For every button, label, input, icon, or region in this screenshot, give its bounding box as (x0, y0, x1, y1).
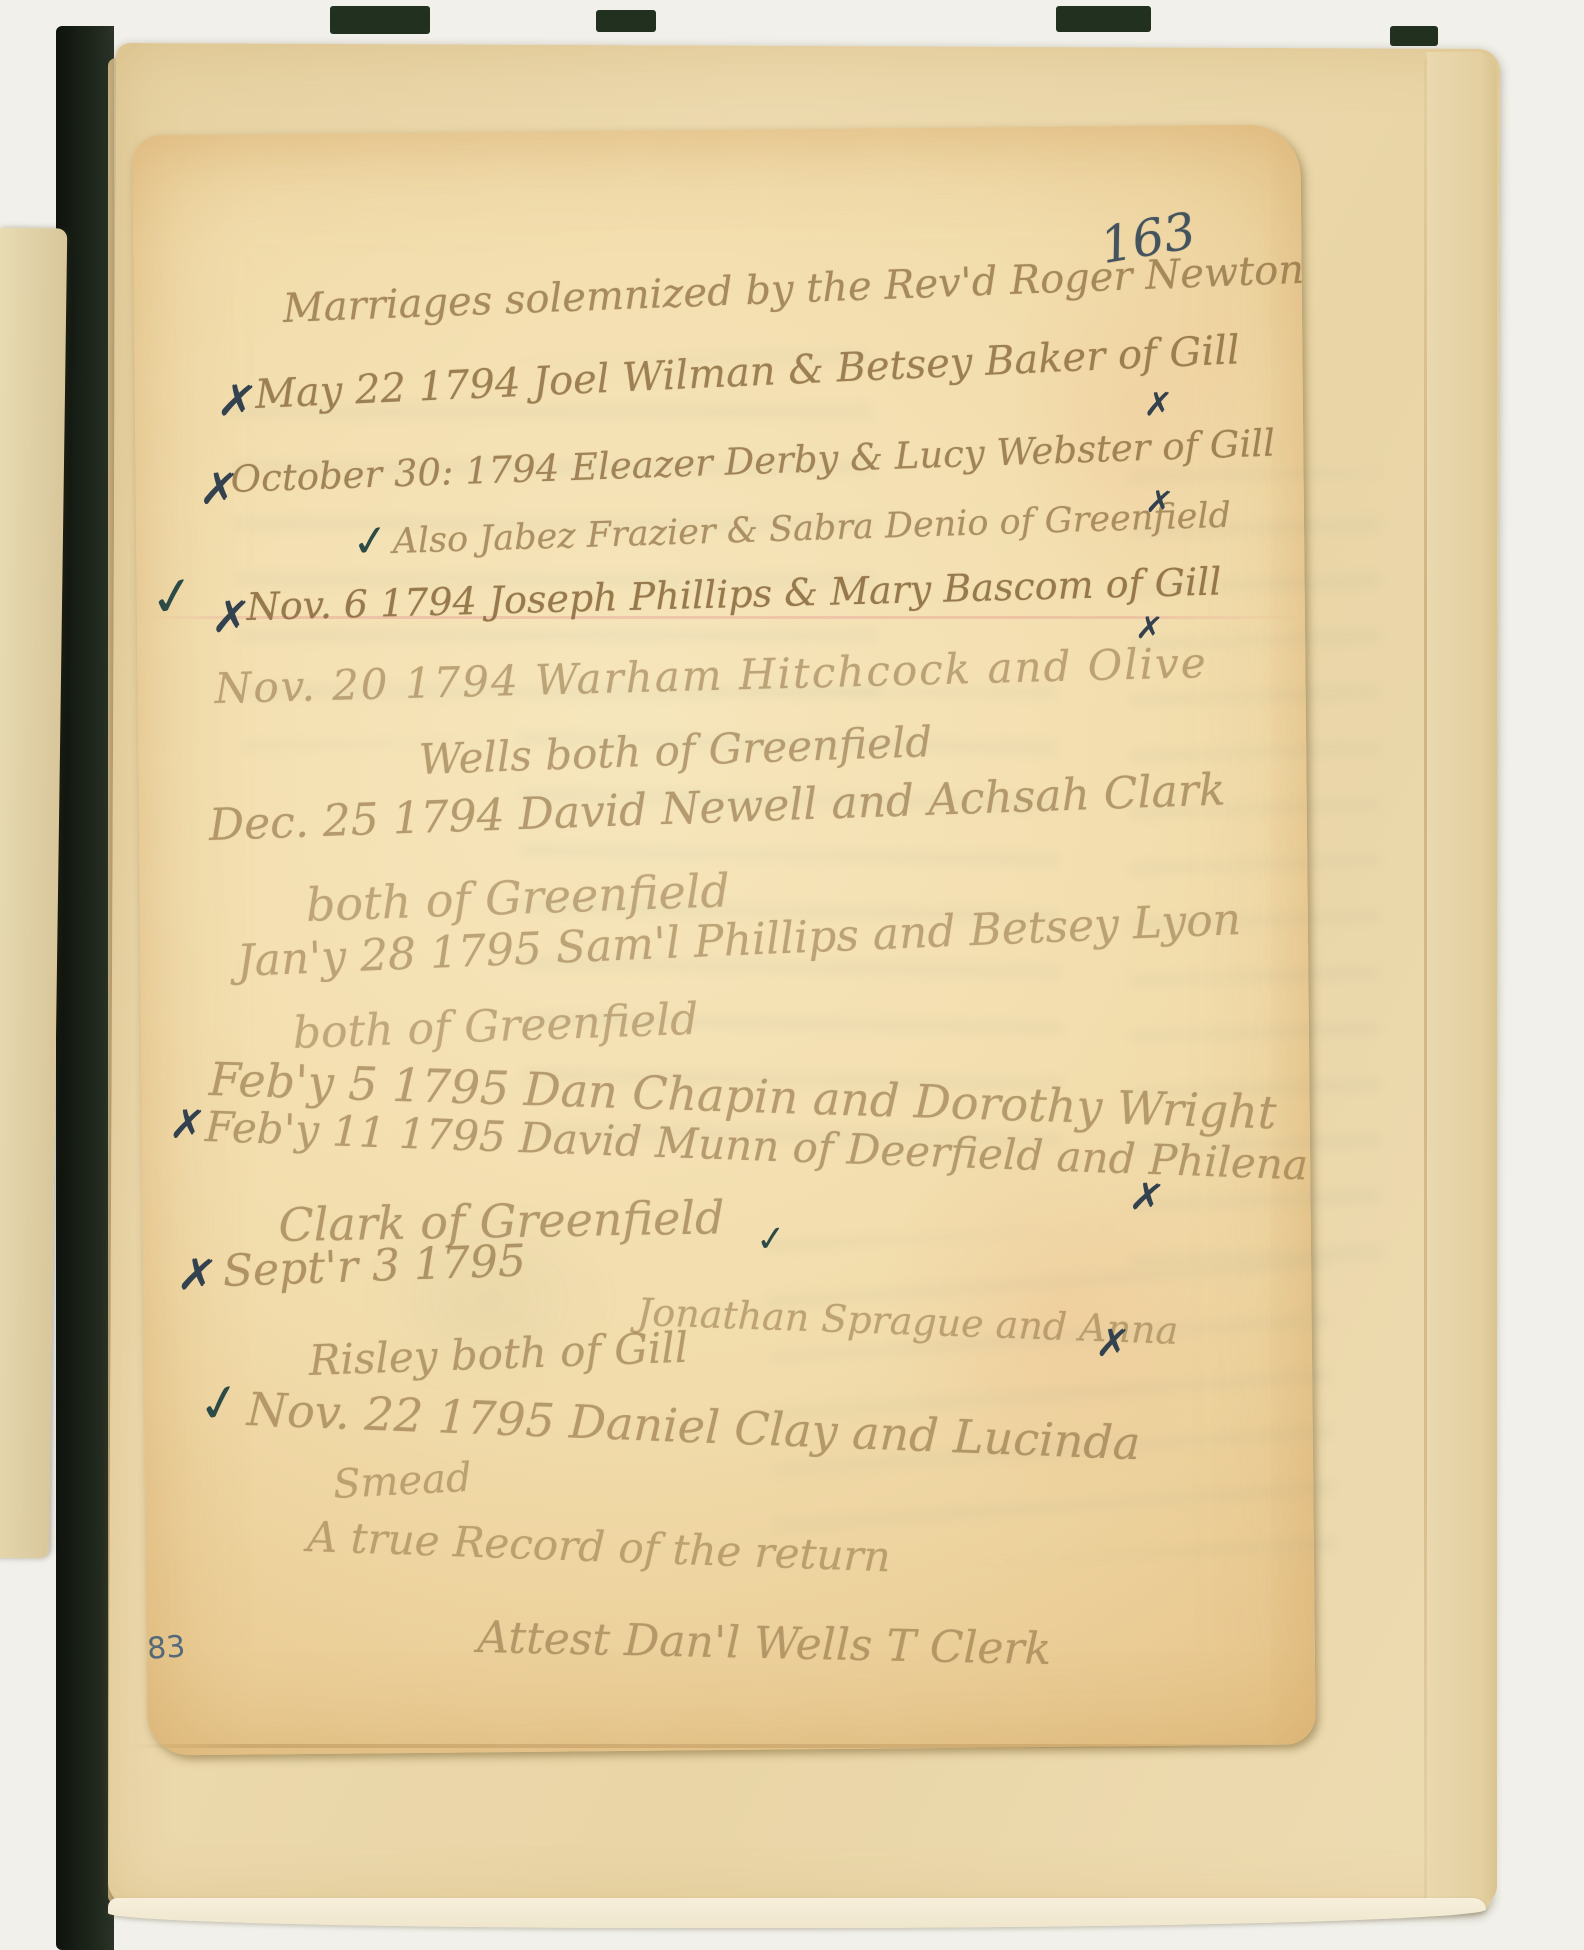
book-scan: 163 83 Marriages solemnized by the Rev'd… (0, 0, 1584, 1950)
cover-edge-tab (330, 6, 430, 34)
x-mark: ✗ (1094, 1322, 1132, 1365)
check-mark: ✓ (350, 518, 391, 566)
check-mark: ✓ (146, 567, 198, 627)
x-mark: ✗ (215, 376, 260, 427)
cover-edge-tab (1390, 26, 1438, 46)
x-mark: ✗ (175, 1250, 220, 1301)
check-mark: ✓ (194, 1375, 246, 1434)
x-mark: ✗ (1127, 1175, 1167, 1220)
sheet-fold-crease (130, 1744, 1310, 1748)
cover-edge-tab (1056, 6, 1151, 32)
x-mark: ✗ (1143, 387, 1174, 423)
record-line: Sept'r 3 1795 (222, 1235, 527, 1297)
cover-edge-tab (596, 10, 656, 32)
album-fore-edge (1427, 52, 1497, 1904)
check-mark: ✓ (755, 1221, 788, 1259)
x-mark: ✗ (210, 592, 252, 641)
archival-number-stamp: 83 (146, 1629, 187, 1667)
x-mark: ✗ (1144, 484, 1175, 519)
x-mark: ✗ (168, 1102, 208, 1148)
x-mark: ✗ (198, 464, 241, 514)
x-mark: ✗ (1134, 611, 1164, 646)
under-page-edge (108, 1898, 1486, 1928)
record-line: Smead (332, 1455, 473, 1508)
